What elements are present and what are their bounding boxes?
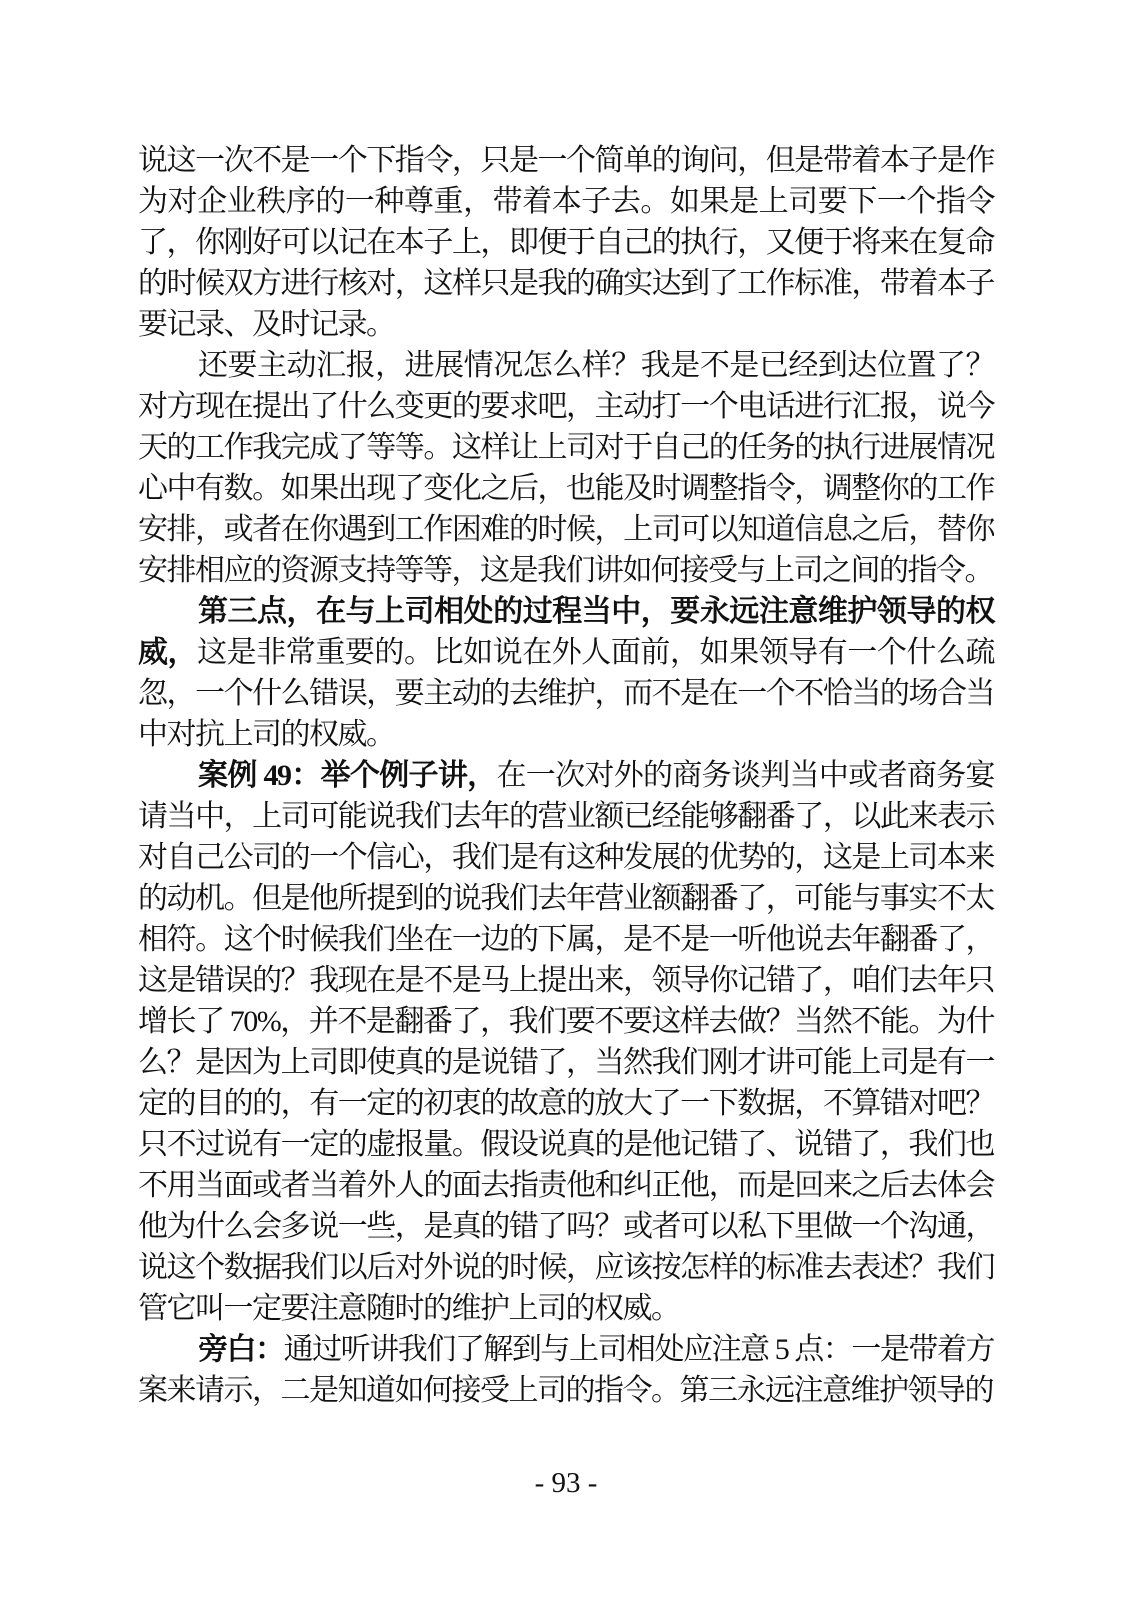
text-body: 说这一次不是一个下指令，只是一个简单的询问，但是带着本子是作为对企业秩序的一种尊… xyxy=(138,140,994,1411)
text-run: 在一次对外的商务谈判当中或者商务宴请当中，上司可能说我们去年的营业额已经能够翻番… xyxy=(138,759,994,1325)
text-run: 说这一次不是一个下指令，只是一个简单的询问，但是带着本子是作为对企业秩序的一种尊… xyxy=(138,144,994,341)
text-run-bold: 案例 49：举个例子讲， xyxy=(198,759,496,792)
paragraph: 还要主动汇报，进展情况怎么样？我是不是已经到达位置了？对方现在提出了什么变更的要… xyxy=(138,345,994,591)
paragraph: 说这一次不是一个下指令，只是一个简单的询问，但是带着本子是作为对企业秩序的一种尊… xyxy=(138,140,994,345)
document-page: 说这一次不是一个下指令，只是一个简单的询问，但是带着本子是作为对企业秩序的一种尊… xyxy=(0,0,1131,1600)
paragraph: 第三点，在与上司相处的过程当中，要永远注意维护领导的权威，这是非常重要的。比如说… xyxy=(138,591,994,755)
text-run: 还要主动汇报，进展情况怎么样？我是不是已经到达位置了？对方现在提出了什么变更的要… xyxy=(138,349,994,587)
paragraph: 旁白：通过听讲我们了解到与上司相处应注意 5 点：一是带着方案来请示，二是知道如… xyxy=(138,1329,994,1411)
text-run: 这是非常重要的。比如说在外人面前，如果领导有一个什么疏忽，一个什么错误，要主动的… xyxy=(138,636,994,751)
page-number: - 93 - xyxy=(138,1466,994,1500)
paragraph: 案例 49：举个例子讲，在一次对外的商务谈判当中或者商务宴请当中，上司可能说我们… xyxy=(138,755,994,1329)
text-run-bold: 旁白： xyxy=(198,1333,284,1366)
